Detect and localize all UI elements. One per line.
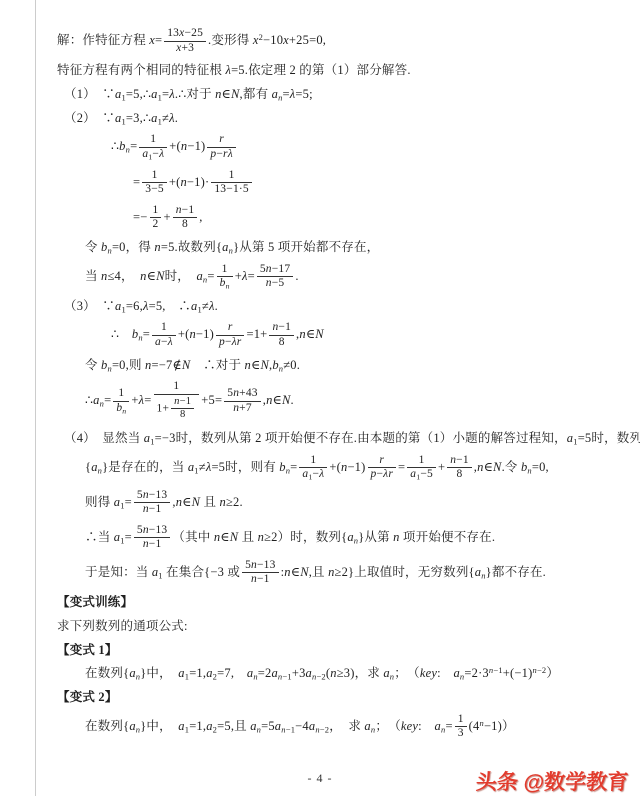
- document-body: 解：作特征方程 x=13x−25x+3.变形得 x2−10x+25=0,特征方程…: [57, 26, 620, 747]
- case-4-intro: （4） 显然当 a1=−3时，数列从第 2 项开始便不存在.由本题的第（1）小题…: [64, 429, 620, 448]
- variant-1-heading: 【变式 1】: [57, 641, 620, 660]
- case-2-bn-formula: ∴bn=1a1−λ+(n−1)rp−rλ: [111, 132, 620, 162]
- case-2-an-result: 当 n≤4， n∈N时， an=1bn+λ=5n−17n−5.: [85, 262, 620, 292]
- case-3-an-result: ∴an=1bn+λ=11+n−18+5=5n+43n+7,n∈N.: [85, 379, 620, 424]
- solution-intro: 特征方程有两个相同的特征根 λ=5.依定理 2 的第（1）部分解答.: [57, 61, 620, 80]
- case-2-bn-substitution: =13−5+(n−1)·113−1·5: [133, 168, 620, 198]
- variant-1-problem: 在数列{an}中， a1=1,a2=7, an=2an−1+3an−2(n≥3)…: [85, 664, 620, 683]
- case-2-bn-zero: 令 bn=0，得 n=5.故数列{an}从第 5 项开始都不存在，: [85, 238, 620, 257]
- watermark-label: 头条 @数学教育: [475, 766, 629, 796]
- document-page: 解：作特征方程 x=13x−25x+3.变形得 x2−10x+25=0,特征方程…: [0, 0, 640, 796]
- variant-2-heading: 【变式 2】: [57, 688, 620, 707]
- variant-training-heading: 【变式训练】: [57, 593, 620, 612]
- variant-2-problem: 在数列{an}中， a1=1,a2=5,且 an=5an−1−4an−2， 求 …: [85, 712, 620, 742]
- case-4-bn-formula: {an}是存在的，当 a1≠λ=5时，则有 bn=1a1−λ+(n−1)rp−λ…: [85, 453, 620, 483]
- left-margin-rule: [35, 0, 36, 796]
- case-3: （3） ∵a1=6,λ=5, ∴a1≠λ.: [64, 297, 620, 316]
- variant-training-intro: 求下列数列的通项公式:: [57, 617, 620, 636]
- solution-line: 解：作特征方程 x=13x−25x+3.变形得 x2−10x+25=0,: [57, 26, 620, 56]
- case-2-bn-result: =−12+n−18,: [133, 203, 620, 233]
- final-conclusion: 于是知：当 a1 在集合{−3 或5n−13n−1:n∈N,且 n≥2}上取值时…: [85, 558, 620, 588]
- case-3-bn-formula: ∴ bn=1a−λ+(n−1)rp−λr=1+n−18,n∈N: [111, 320, 620, 350]
- case-3-bn-zero: 令 bn=0,则 n=−7∉N ∴对于 n∈N,bn≠0.: [85, 356, 620, 375]
- case-1: （1） ∵a1=5,∴a1=λ.∴对于 n∈N,都有 an=λ=5;: [64, 85, 620, 104]
- case-4-a1-result: 则得 a1=5n−13n−1,n∈N 且 n≥2.: [85, 488, 620, 518]
- case-2: （2） ∵a1=3,∴a1≠λ.: [64, 109, 620, 128]
- case-4-conclusion: ∴当 a1=5n−13n−1（其中 n∈N 且 n≥2）时，数列{an}从第 n…: [85, 523, 620, 553]
